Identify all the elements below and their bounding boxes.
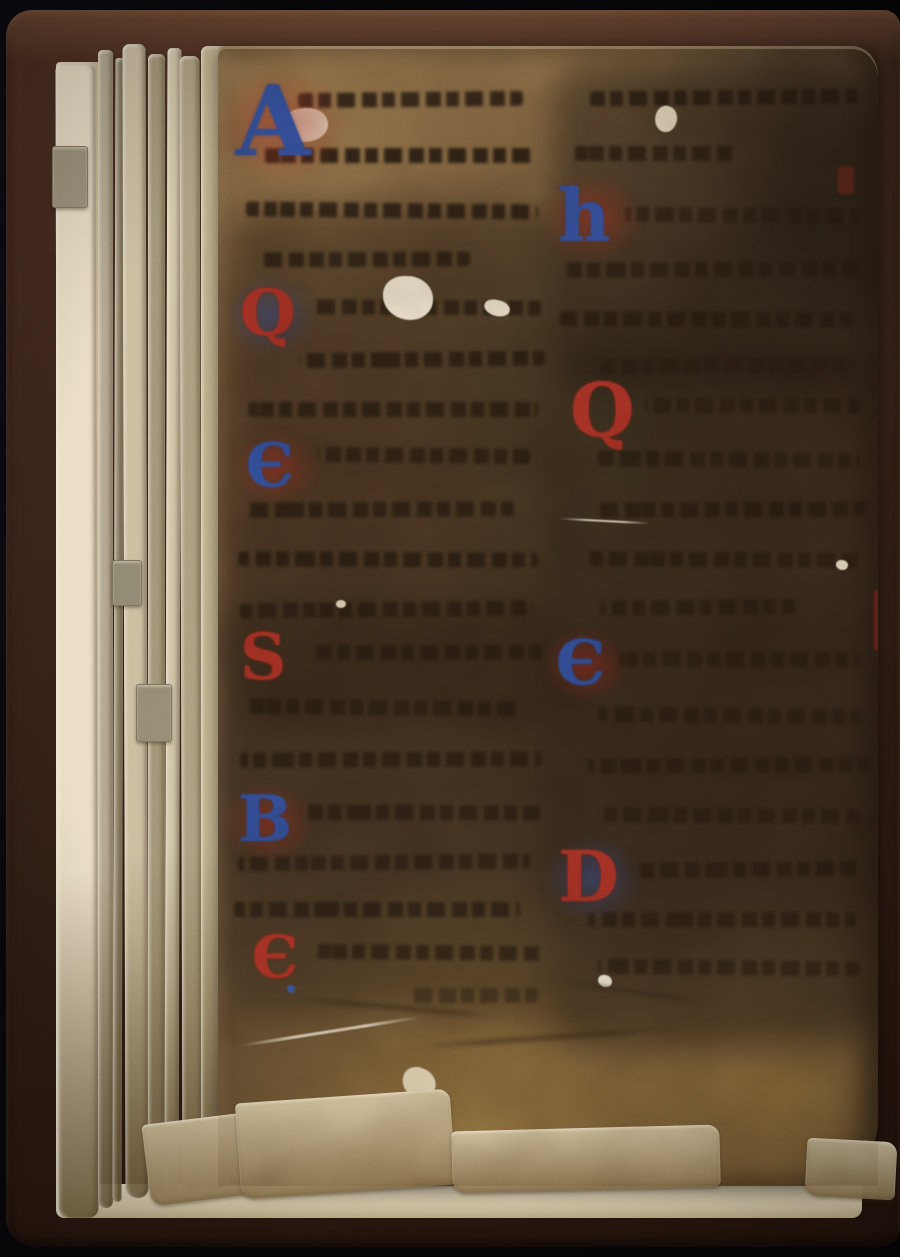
photo-vignette xyxy=(0,0,900,1257)
manuscript-photo: AQЄSBЄhQЄD xyxy=(0,0,900,1257)
